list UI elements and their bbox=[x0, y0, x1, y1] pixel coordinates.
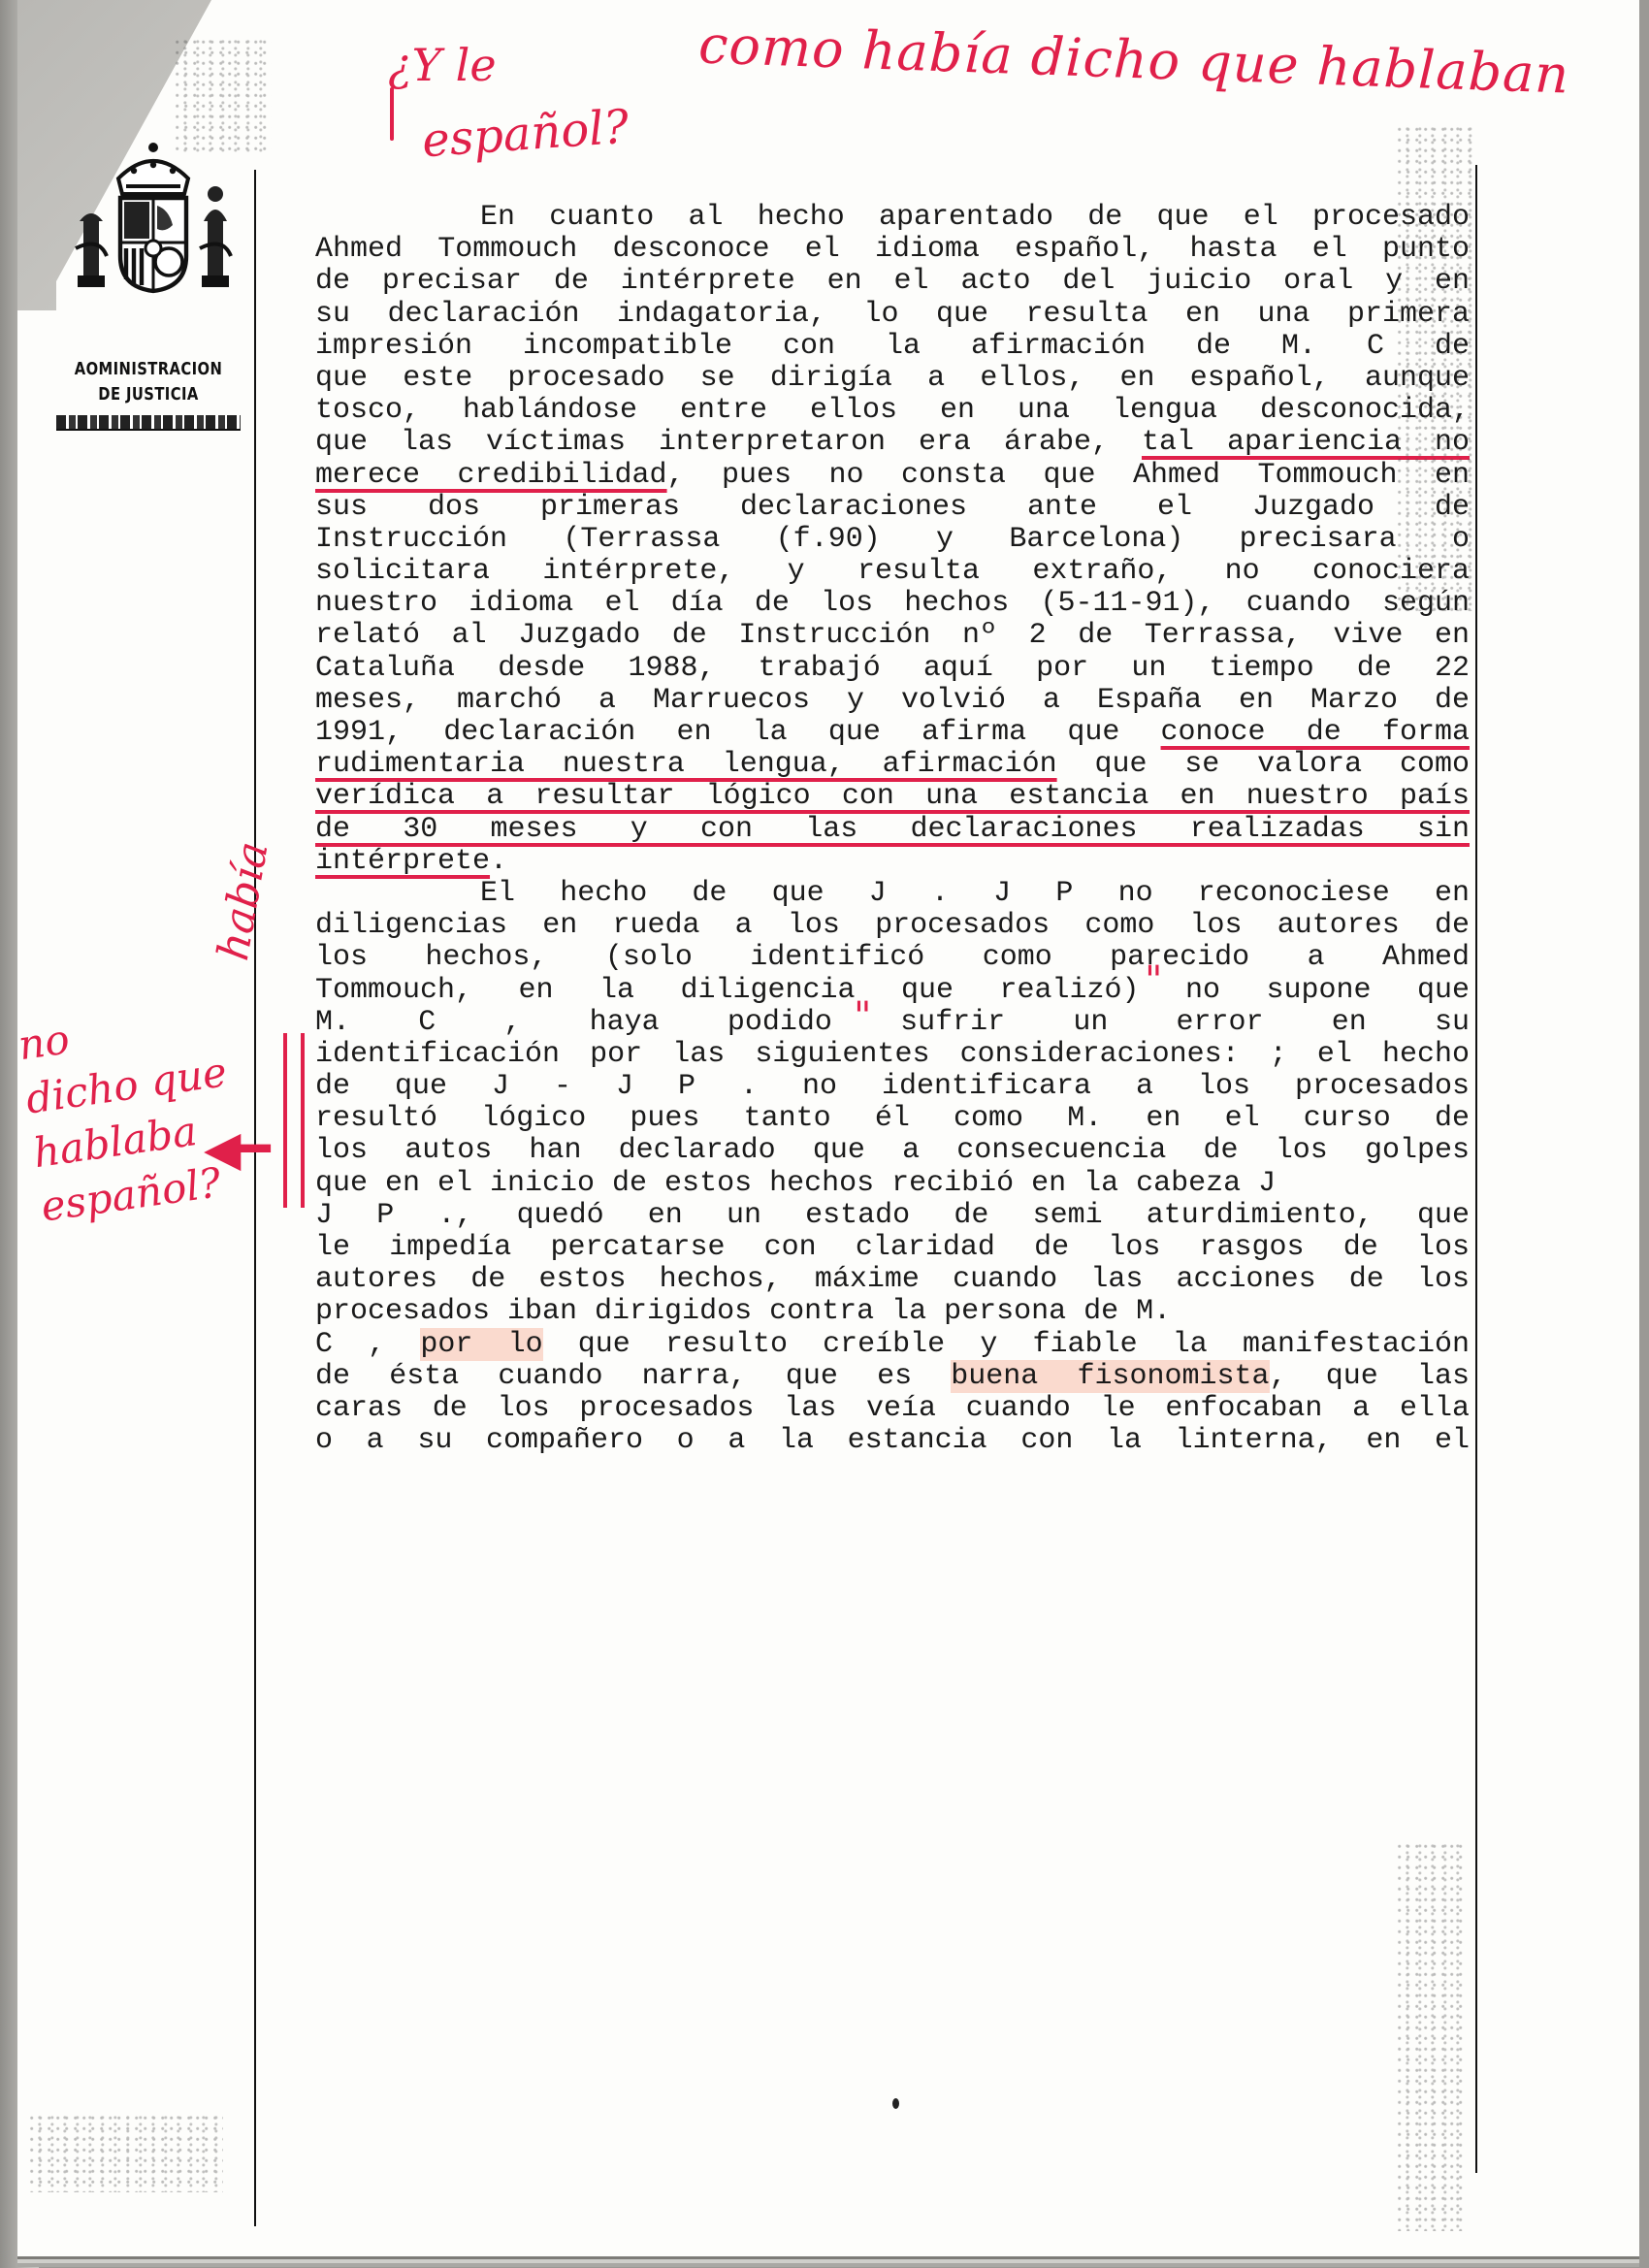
frame-left-rule bbox=[254, 170, 256, 2226]
scan-noise bbox=[1397, 126, 1474, 611]
text-line: que este procesado se dirigía a ellos, e… bbox=[315, 363, 1470, 395]
text-line: le impedía percatarse con claridad de lo… bbox=[315, 1232, 1470, 1264]
institution-name: AOMINISTRACION DE JUSTICIA bbox=[65, 357, 232, 407]
line-text: Ahmed Tommouch desconoce el idioma españ… bbox=[315, 233, 1470, 266]
highlighted-text: por lo bbox=[420, 1328, 542, 1361]
text-line: relató al Juzgado de Instrucción nº 2 de… bbox=[315, 620, 1470, 652]
text-line: C , por lo que resulto creíble y fiable … bbox=[315, 1329, 1470, 1361]
line-text: diligencias en rueda a los procesados co… bbox=[315, 909, 1470, 942]
text-line: nuestro idioma el día de los hechos (5-1… bbox=[315, 588, 1470, 620]
red-underlined-text: merece credibilidad bbox=[315, 459, 667, 492]
margin-double-bar bbox=[283, 1033, 305, 1208]
text-line: Tommouch, en la diligencia que realizó) … bbox=[315, 975, 1470, 1007]
line-text: Tommouch, en la diligencia que realizó) … bbox=[315, 974, 1470, 1007]
line-text: 1991, declaración en la que afirma que bbox=[315, 716, 1161, 749]
text-line: meses, marchó a Marruecos y volvió a Esp… bbox=[315, 685, 1470, 717]
text-line: intérprete. bbox=[315, 846, 1470, 878]
text-line: que en el inicio de estos hechos recibió… bbox=[315, 1168, 1470, 1200]
text-line: que las víctimas interpretaron era árabe… bbox=[315, 427, 1470, 459]
ink-dot bbox=[892, 2098, 899, 2109]
text-line: M. C , haya podido sufrir un error en su bbox=[315, 1007, 1470, 1039]
line-text: sus dos primeras declaraciones ante el J… bbox=[315, 491, 1470, 524]
institution-line-2: DE JUSTICIA bbox=[65, 382, 232, 407]
line-text: que resulto creíble y fiable la manifest… bbox=[543, 1328, 1470, 1361]
text-line: los autos han declarado que a consecuenc… bbox=[315, 1135, 1470, 1167]
scan-noise bbox=[1397, 1843, 1465, 2231]
line-text: solicitara intérprete, y resulta extraño… bbox=[315, 555, 1470, 588]
text-line: J P ., quedó en un estado de semi aturdi… bbox=[315, 1200, 1470, 1232]
text-line: En cuanto al hecho aparentado de que el … bbox=[315, 202, 1470, 234]
red-underlined-text: de 30 meses y con las declaraciones real… bbox=[315, 813, 1470, 846]
text-line: de precisar de intérprete en el acto del… bbox=[315, 266, 1470, 298]
line-text: autores de estos hechos, máxime cuando l… bbox=[315, 1263, 1470, 1296]
document-body: En cuanto al hecho aparentado de que el … bbox=[315, 202, 1470, 1457]
text-line: autores de estos hechos, máxime cuando l… bbox=[315, 1264, 1470, 1296]
text-line: caras de los procesados las veía cuando … bbox=[315, 1393, 1470, 1425]
letterhead-rule bbox=[56, 415, 241, 431]
line-text: los hechos, (solo identificó como pareci… bbox=[315, 941, 1470, 974]
text-line: procesados iban dirigidos contra la pers… bbox=[315, 1296, 1470, 1328]
red-underlined-text: rudimentaria nuestra lengua, afirmación bbox=[315, 748, 1057, 781]
line-text: impresión incompatible con la afirmación… bbox=[315, 330, 1470, 363]
text-line: de ésta cuando narra, que es buena fison… bbox=[315, 1361, 1470, 1393]
handwritten-note-top-left: ¿Y le bbox=[388, 39, 497, 91]
line-text: procesados iban dirigidos contra la pers… bbox=[315, 1295, 1171, 1328]
line-text: , que las bbox=[1270, 1360, 1470, 1393]
line-text: los autos han declarado que a consecuenc… bbox=[315, 1134, 1470, 1167]
red-underlined-text: intérprete bbox=[315, 845, 490, 878]
line-text: de que J - J P . no identificara a los p… bbox=[315, 1070, 1470, 1103]
handwritten-mark bbox=[390, 87, 394, 141]
text-line: sus dos primeras declaraciones ante el J… bbox=[315, 492, 1470, 524]
line-text: identificación por las siguientes consid… bbox=[315, 1038, 1470, 1071]
line-text: meses, marchó a Marruecos y volvió a Esp… bbox=[315, 684, 1470, 717]
line-text: resultó lógico pues tanto él como M. en … bbox=[315, 1102, 1470, 1135]
text-line: merece credibilidad, pues no consta que … bbox=[315, 460, 1470, 492]
text-line: su declaración indagatoria, lo que resul… bbox=[315, 299, 1470, 331]
line-text: caras de los procesados las veía cuando … bbox=[315, 1392, 1470, 1425]
line-text: En cuanto al hecho aparentado de que el … bbox=[480, 201, 1470, 234]
line-text: que las víctimas interpretaron era árabe… bbox=[315, 426, 1142, 459]
line-text: El hecho de que J . J P no reconociese e… bbox=[480, 877, 1470, 910]
text-line: El hecho de que J . J P no reconociese e… bbox=[315, 878, 1470, 910]
text-line: 1991, declaración en la que afirma que c… bbox=[315, 717, 1470, 749]
line-text: nuestro idioma el día de los hechos (5-1… bbox=[315, 587, 1470, 620]
line-text: que en el inicio de estos hechos recibió… bbox=[315, 1167, 1276, 1200]
line-text: que se valora como bbox=[1057, 748, 1470, 781]
line-text: relató al Juzgado de Instrucción nº 2 de… bbox=[315, 619, 1470, 652]
line-text: que este procesado se dirigía a ellos, e… bbox=[315, 362, 1470, 395]
red-underlined-text: conoce de forma bbox=[1161, 716, 1470, 749]
text-line: tosco, hablándose entre ellos en una len… bbox=[315, 395, 1470, 427]
line-text: M. C , haya podido sufrir un error en su bbox=[315, 1006, 1470, 1039]
text-line: impresión incompatible con la afirmación… bbox=[315, 331, 1470, 363]
highlighted-text: buena fisonomista bbox=[951, 1360, 1269, 1393]
line-text: Cataluña desde 1988, trabajó aquí por un… bbox=[315, 652, 1470, 685]
text-line: diligencias en rueda a los procesados co… bbox=[315, 910, 1470, 942]
line-text: . bbox=[490, 845, 507, 878]
text-line: Ahmed Tommouch desconoce el idioma españ… bbox=[315, 234, 1470, 266]
coat-of-arms-icon bbox=[56, 136, 250, 330]
scan-noise bbox=[29, 2115, 223, 2192]
text-line: o a su compañero o a la estancia con la … bbox=[315, 1425, 1470, 1457]
frame-right-rule bbox=[1475, 165, 1477, 2173]
handwritten-margin-note: no dicho que hablaba español? bbox=[15, 990, 246, 1234]
text-line: Instrucción (Terrassa (f.90) y Barcelona… bbox=[315, 524, 1470, 556]
red-underlined-text: verídica a resultar lógico con una estan… bbox=[315, 780, 1470, 813]
text-line: Cataluña desde 1988, trabajó aquí por un… bbox=[315, 653, 1470, 685]
line-text: o a su compañero o a la estancia con la … bbox=[315, 1424, 1470, 1457]
text-line: de que J - J P . no identificara a los p… bbox=[315, 1071, 1470, 1103]
line-text: Instrucción (Terrassa (f.90) y Barcelona… bbox=[315, 523, 1470, 556]
text-line: solicitara intérprete, y resulta extraño… bbox=[315, 556, 1470, 588]
line-text: de precisar de intérprete en el acto del… bbox=[315, 265, 1470, 298]
text-line: identificación por las siguientes consid… bbox=[315, 1039, 1470, 1071]
text-line: los hechos, (solo identificó como pareci… bbox=[315, 942, 1470, 974]
text-line: resultó lógico pues tanto él como M. en … bbox=[315, 1103, 1470, 1135]
line-text: le impedía percatarse con claridad de lo… bbox=[315, 1231, 1470, 1264]
text-line: verídica a resultar lógico con una estan… bbox=[315, 781, 1470, 813]
text-line: rudimentaria nuestra lengua, afirmación … bbox=[315, 749, 1470, 781]
scan-noise bbox=[175, 39, 272, 155]
line-text: , pues no consta que Ahmed Tommouch en bbox=[667, 459, 1470, 492]
arrow-left-icon: ◀━ bbox=[204, 1120, 271, 1177]
line-text: su declaración indagatoria, lo que resul… bbox=[315, 298, 1470, 331]
line-text: tosco, hablándose entre ellos en una len… bbox=[315, 394, 1470, 427]
line-text: C , bbox=[315, 1328, 420, 1361]
text-line: de 30 meses y con las declaraciones real… bbox=[315, 814, 1470, 846]
institution-line-1: AOMINISTRACION bbox=[65, 357, 232, 382]
line-text: J P ., quedó en un estado de semi aturdi… bbox=[315, 1199, 1470, 1232]
line-text: de ésta cuando narra, que es bbox=[315, 1360, 951, 1393]
